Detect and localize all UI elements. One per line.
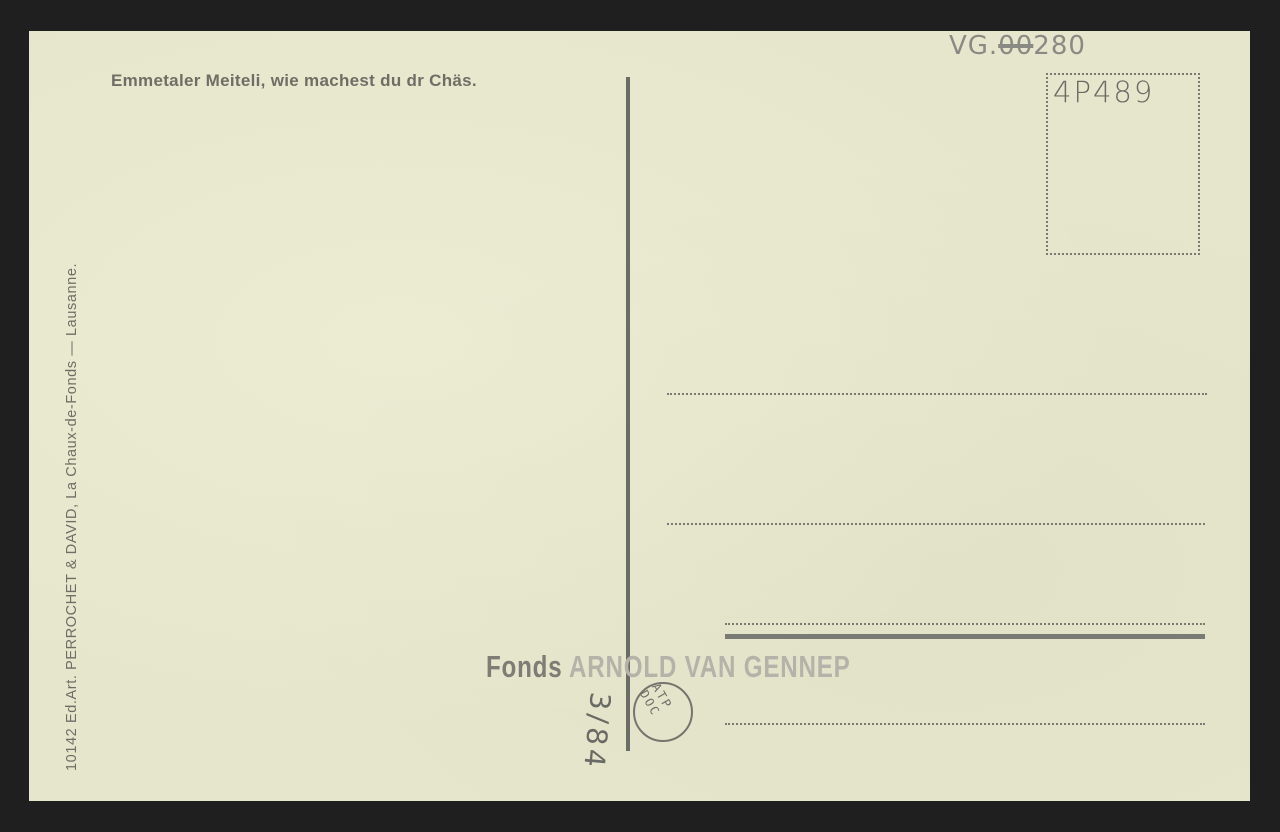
postcard-caption: Emmetaler Meiteli, wie machest du dr Chä… [111, 71, 477, 91]
seal-text: ATP DOC [625, 674, 701, 750]
address-line-2 [667, 523, 1205, 525]
circular-seal-stamp: ATP DOC [633, 682, 693, 742]
fonds-name: ARNOLD VAN GENNEP [569, 649, 851, 684]
publisher-imprint: 10142 Ed.Art. PERROCHET & DAVID, La Chau… [64, 263, 80, 771]
address-line-3 [725, 623, 1205, 625]
reference-prefix: VG. [949, 31, 998, 61]
address-line-1 [667, 393, 1207, 395]
reference-number: 280 [1033, 31, 1086, 61]
handwritten-inventory-number: 4P489 [1053, 75, 1154, 109]
address-solid-line [725, 634, 1205, 639]
postcard-back: Emmetaler Meiteli, wie machest du dr Chä… [29, 31, 1250, 801]
handwritten-date: 3/84 [577, 691, 617, 772]
handwritten-reference: VG.00280 [949, 31, 1086, 61]
fonds-word: Fonds [486, 649, 562, 684]
address-line-4 [725, 723, 1205, 725]
reference-struck-out: 00 [998, 31, 1033, 61]
